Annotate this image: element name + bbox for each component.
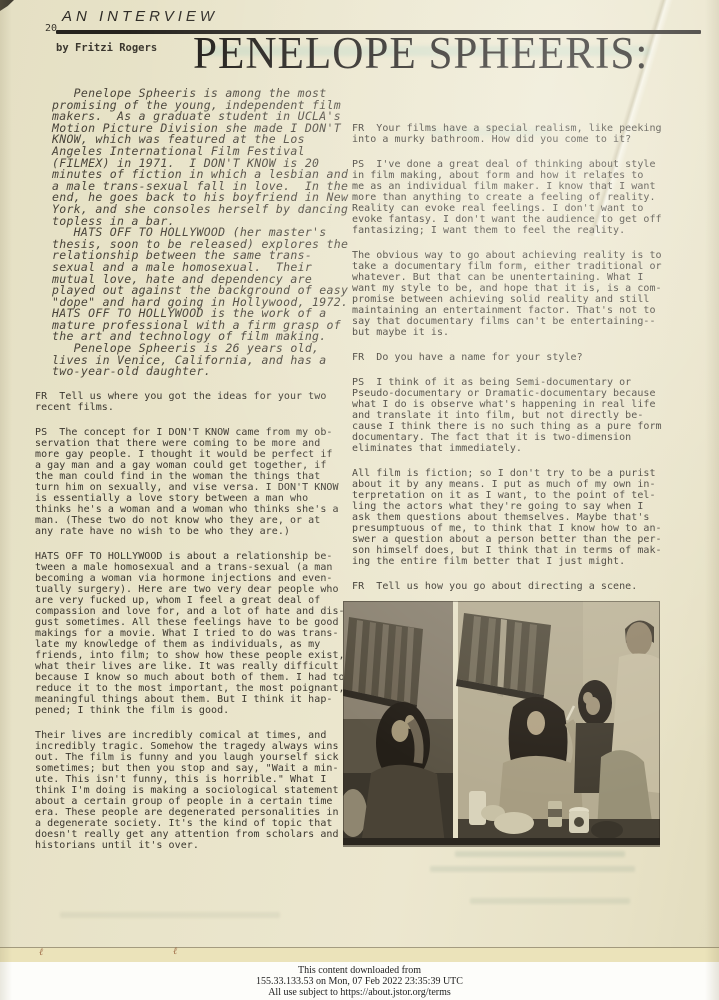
interview-answer: HATS OFF TO HOLLYWOOD is about a relatio… (35, 551, 355, 716)
interview-question: FR Do you have a name for your style? (352, 352, 672, 363)
interview-question: FR Your films have a special realism, li… (352, 123, 672, 145)
right-column: FR Your films have a special realism, li… (352, 123, 672, 592)
photo-illustration (343, 601, 660, 845)
interview-answer: All film is fiction; so I don't try to b… (352, 468, 672, 567)
byline: by Fritzi Rogers (56, 42, 157, 54)
footer-line: All use subject to https://about.jstor.o… (0, 987, 719, 998)
interview-answer: Their lives are incredibly comical at ti… (35, 730, 355, 851)
jstor-footer: This content downloaded from 155.33.133.… (0, 962, 719, 1000)
interview-answer: PS The concept for I DON'T KNOW came fro… (35, 427, 355, 537)
interview-question: FR Tell us where you got the ideas for y… (35, 391, 355, 413)
left-column: FR Tell us where you got the ideas for y… (35, 391, 355, 851)
print-through-ghost (60, 912, 280, 918)
interview-answer: The obvious way to go about achieving re… (352, 250, 672, 338)
magazine-page-scan: AN INTERVIEW 20 by Fritzi Rogers PENELOP… (0, 0, 719, 1000)
print-through-ghost (430, 866, 635, 872)
intro-paragraph: HATS OFF TO HOLLYWOOD (her master's thes… (52, 227, 354, 343)
print-through-ghost (455, 851, 625, 857)
interview-answer: PS I've done a great deal of thinking ab… (352, 159, 672, 236)
scan-corner-artifact (0, 0, 14, 11)
interview-question: FR Tell us how you go about directing a … (352, 581, 672, 592)
page-edge-strip (0, 948, 719, 962)
section-kicker: AN INTERVIEW (62, 8, 218, 25)
person-right-head (626, 622, 652, 656)
intro-paragraph: Penelope Spheeris is 26 years old, lives… (52, 343, 354, 378)
photo-film-stills (343, 601, 660, 845)
footer-line: This content downloaded from (0, 965, 719, 976)
white-jug (469, 791, 486, 825)
interview-answer: PS I think of it as being Semi-documenta… (352, 377, 672, 454)
intro-block: Penelope Spheeris is among the most prom… (52, 88, 354, 378)
article-title: PENELOPE SPHEERIS: (193, 31, 648, 76)
intro-paragraph: Penelope Spheeris is among the most prom… (52, 88, 354, 227)
footer-line: 155.33.133.53 on Mon, 07 Feb 2022 23:35:… (0, 976, 719, 987)
pen-mark: ℓ (39, 947, 43, 958)
print-through-ghost (470, 898, 630, 904)
pen-mark: ℓ (173, 946, 177, 957)
